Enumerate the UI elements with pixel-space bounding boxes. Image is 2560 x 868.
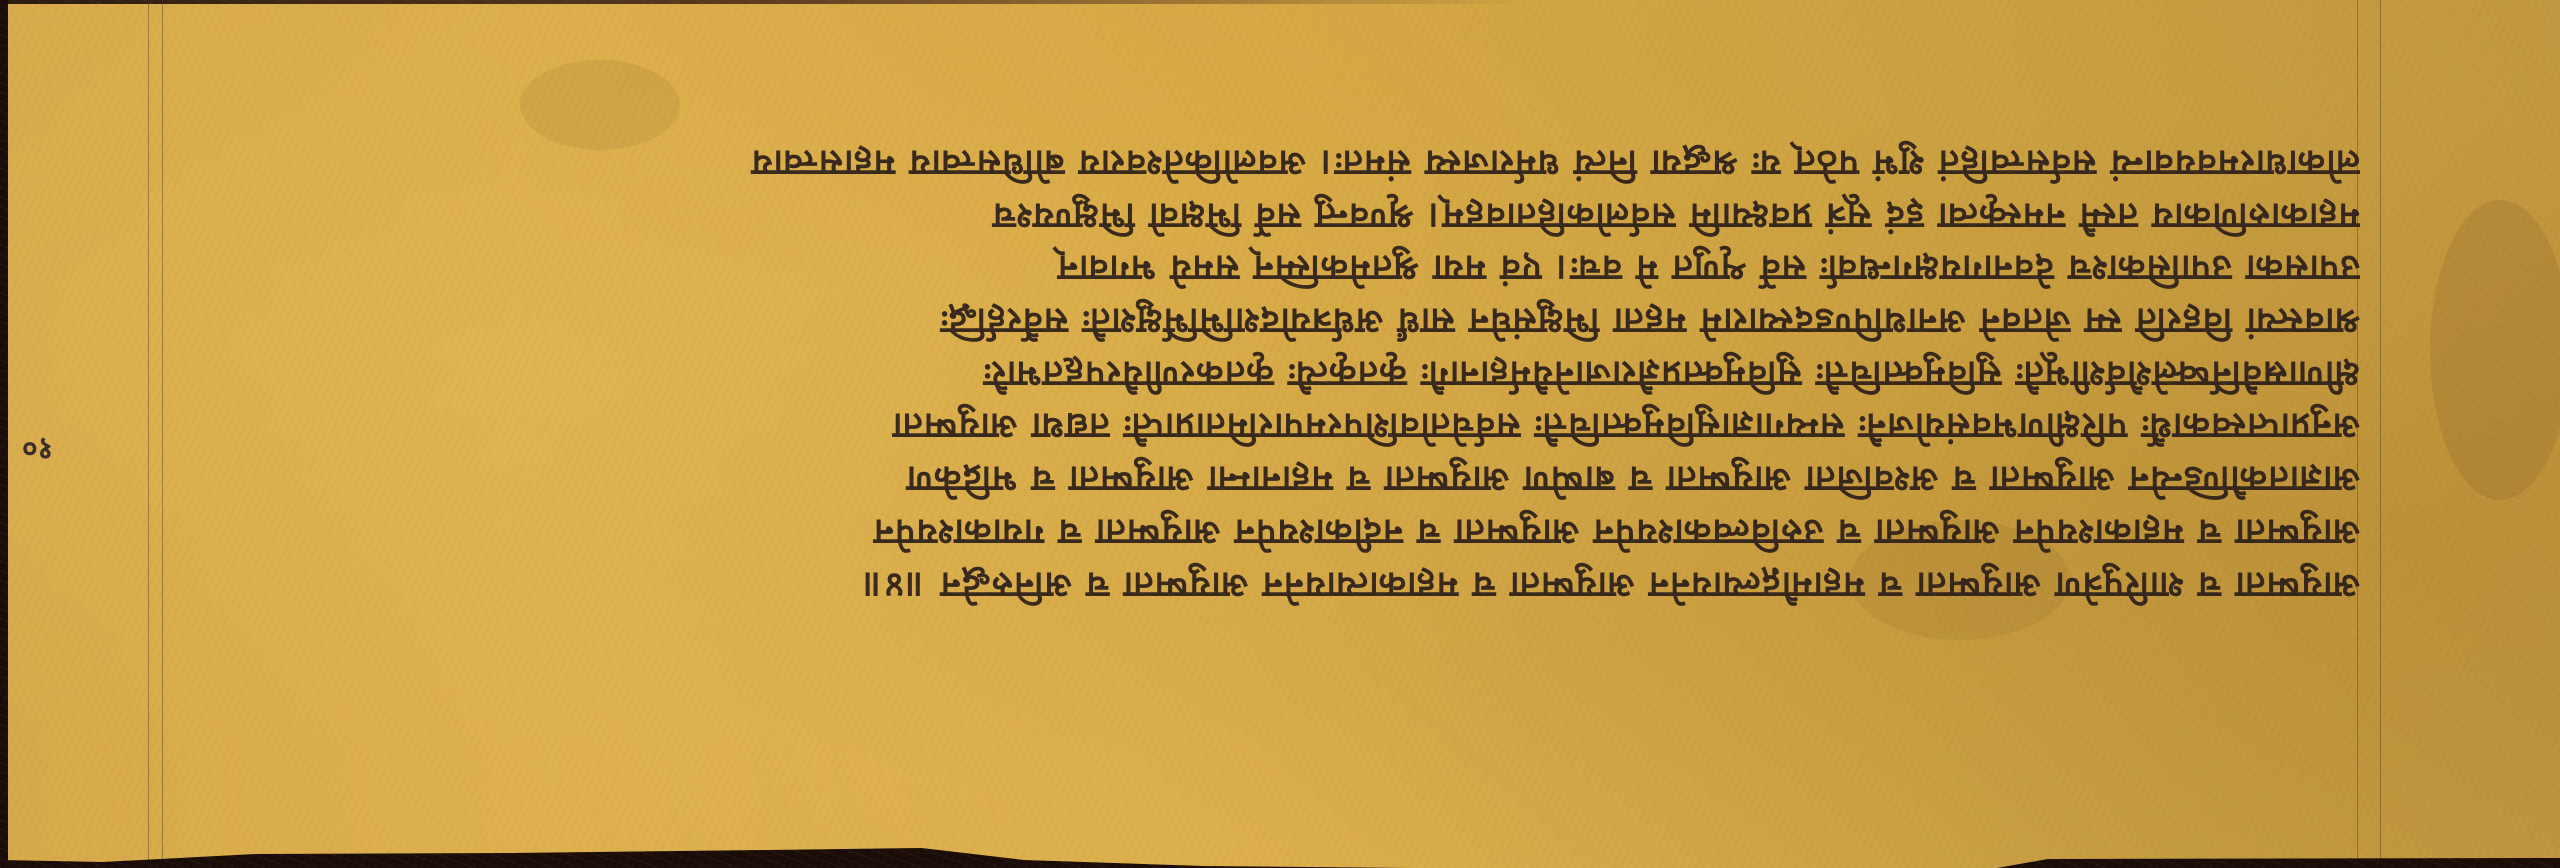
text-block: लोकाधारमवयवान्यं सर्वसत्त्वहितं शुभं पठे… — [155, 145, 2360, 619]
script-line: क्षीणास्रवैर्निष्क्लेशैर्वशीभूतैः सुविमु… — [155, 356, 2360, 396]
script-line-text: उपासका उपासिकाश्च देवनागयक्षगन्धर्वाः सर… — [155, 246, 2360, 295]
left-margin-rule — [148, 0, 149, 868]
script-line-text: श्रावस्त्यां विहरति स्म जेतवने अनाथपिण्ड… — [155, 299, 2360, 348]
script-line: अनुप्राप्तस्वकार्थैः परिक्षीणभवसंयोजनैः … — [155, 408, 2360, 448]
script-line: उपासका उपासिकाश्च देवनागयक्षगन्धर्वाः सर… — [155, 250, 2360, 290]
script-line-text: आयुष्मता च शारिपुत्रेण आयुष्मता च महामौद… — [155, 562, 2360, 611]
right-margin-rule — [2380, 0, 2381, 868]
script-line: श्रावस्त्यां विहरति स्म जेतवने अनाथपिण्ड… — [155, 303, 2360, 343]
folio-number: १० — [22, 430, 53, 471]
manuscript-folio: १० लोकाधारमवयवान्यं सर्वसत्त्वहितं शुभं … — [0, 0, 2560, 868]
paper-stain — [520, 60, 680, 150]
script-line: आयुष्मता च महाकाश्यपेन आयुष्मता च उरुविल… — [155, 514, 2360, 554]
script-line-text: लोकाधारमवयवान्यं सर्वसत्त्वहितं शुभं पठे… — [155, 141, 2360, 190]
script-line-text: क्षीणास्रवैर्निष्क्लेशैर्वशीभूतैः सुविमु… — [155, 351, 2360, 400]
script-line-text: अनुप्राप्तस्वकार्थैः परिक्षीणभवसंयोजनैः … — [155, 404, 2360, 453]
script-line-text: महाकारुणिकाय तस्मै नमस्कृत्वा इदं सूत्रं… — [155, 193, 2360, 242]
script-line: महाकारुणिकाय तस्मै नमस्कृत्वा इदं सूत्रं… — [155, 198, 2360, 238]
script-line-text: आयुष्मता च महाकाश्यपेन आयुष्मता च उरुविल… — [155, 509, 2360, 558]
folio-top-edge — [0, 0, 2560, 4]
folio-left-edge — [0, 0, 8, 868]
folio-bottom-edge — [0, 848, 2560, 868]
script-line: आयुष्मता च शारिपुत्रेण आयुष्मता च महामौद… — [155, 567, 2360, 607]
script-line: लोकाधारमवयवान्यं सर्वसत्त्वहितं शुभं पठे… — [155, 145, 2360, 185]
paper-stain — [2430, 200, 2560, 500]
script-line-text: आज्ञातकौण्डिन्येन आयुष्मता च अश्वजिता आय… — [155, 457, 2360, 506]
script-line: आज्ञातकौण्डिन्येन आयुष्मता च अश्वजिता आय… — [155, 461, 2360, 501]
